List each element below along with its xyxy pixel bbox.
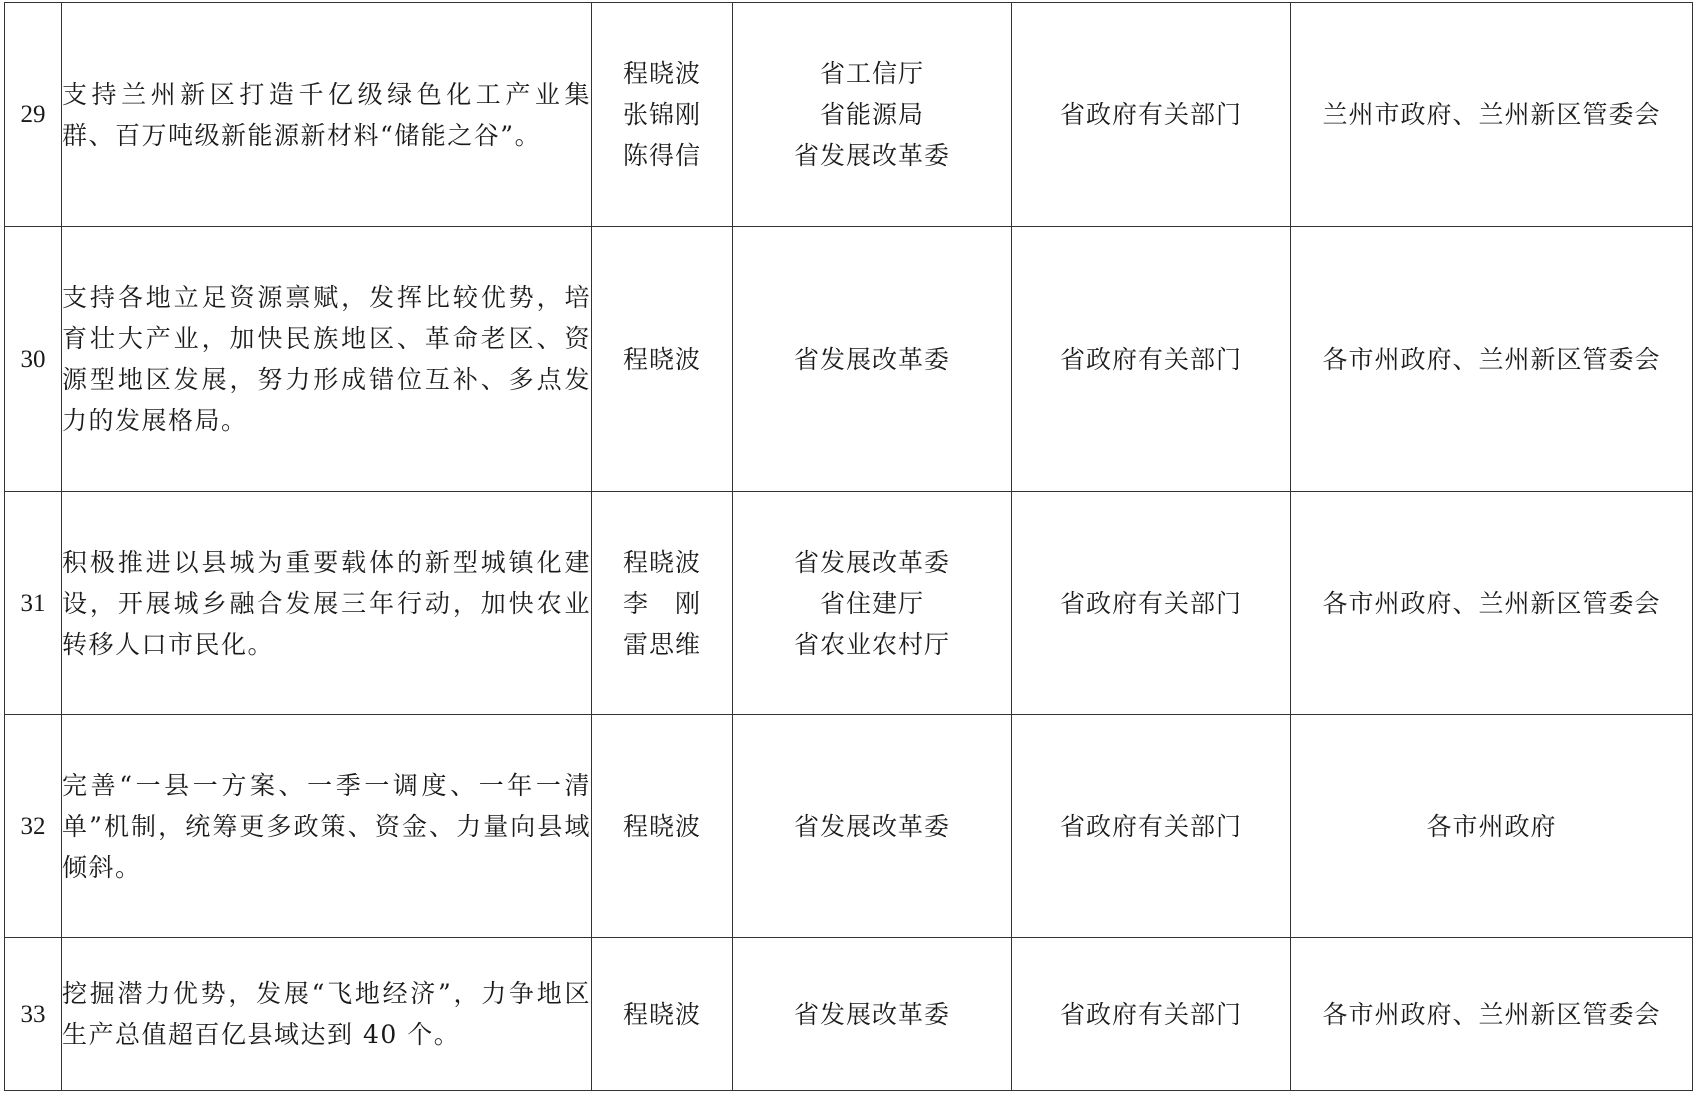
lead-units: 省发展改革委 [733,938,1012,1091]
cooperating-units: 省政府有关部门 [1012,715,1291,938]
responsible-leaders: 程晓波 张锦刚 陈得信 [592,3,733,227]
table-row: 32 完善“一县一方案、一季一调度、一年一清单”机制，统筹更多政策、资金、力量向… [5,715,1693,938]
table-row: 31 积极推进以县城为重要载体的新型城镇化建设，开展城乡融合发展三年行动，加快农… [5,492,1693,715]
row-number: 29 [5,3,62,227]
lead-units: 省发展改革委 省住建厅 省农业农村厅 [733,492,1012,715]
task-description: 完善“一县一方案、一季一调度、一年一清单”机制，统筹更多政策、资金、力量向县域倾… [62,715,592,938]
cooperating-units: 省政府有关部门 [1012,227,1291,492]
lead-units: 省发展改革委 [733,227,1012,492]
task-assignment-table: 29 支持兰州新区打造千亿级绿色化工产业集群、百万吨级新能源新材料“储能之谷”。… [4,2,1693,1091]
task-description: 支持兰州新区打造千亿级绿色化工产业集群、百万吨级新能源新材料“储能之谷”。 [62,3,592,227]
cooperating-units: 省政府有关部门 [1012,3,1291,227]
cooperating-units: 省政府有关部门 [1012,492,1291,715]
implementing-units: 各市州政府、兰州新区管委会 [1291,938,1693,1091]
table-row: 29 支持兰州新区打造千亿级绿色化工产业集群、百万吨级新能源新材料“储能之谷”。… [5,3,1693,227]
responsible-leaders: 程晓波 [592,227,733,492]
lead-units: 省发展改革委 [733,715,1012,938]
row-number: 33 [5,938,62,1091]
implementing-units: 兰州市政府、兰州新区管委会 [1291,3,1693,227]
responsible-leaders: 程晓波 李 刚 雷思维 [592,492,733,715]
responsible-leaders: 程晓波 [592,938,733,1091]
table-row: 30 支持各地立足资源禀赋，发挥比较优势，培育壮大产业，加快民族地区、革命老区、… [5,227,1693,492]
row-number: 31 [5,492,62,715]
row-number: 32 [5,715,62,938]
task-description: 积极推进以县城为重要载体的新型城镇化建设，开展城乡融合发展三年行动，加快农业转移… [62,492,592,715]
task-description: 支持各地立足资源禀赋，发挥比较优势，培育壮大产业，加快民族地区、革命老区、资源型… [62,227,592,492]
implementing-units: 各市州政府、兰州新区管委会 [1291,492,1693,715]
table-row: 33 挖掘潜力优势，发展“飞地经济”，力争地区生产总值超百亿县域达到 40 个。… [5,938,1693,1091]
lead-units: 省工信厅 省能源局 省发展改革委 [733,3,1012,227]
implementing-units: 各市州政府、兰州新区管委会 [1291,227,1693,492]
implementing-units: 各市州政府 [1291,715,1693,938]
cooperating-units: 省政府有关部门 [1012,938,1291,1091]
task-description: 挖掘潜力优势，发展“飞地经济”，力争地区生产总值超百亿县域达到 40 个。 [62,938,592,1091]
responsible-leaders: 程晓波 [592,715,733,938]
row-number: 30 [5,227,62,492]
